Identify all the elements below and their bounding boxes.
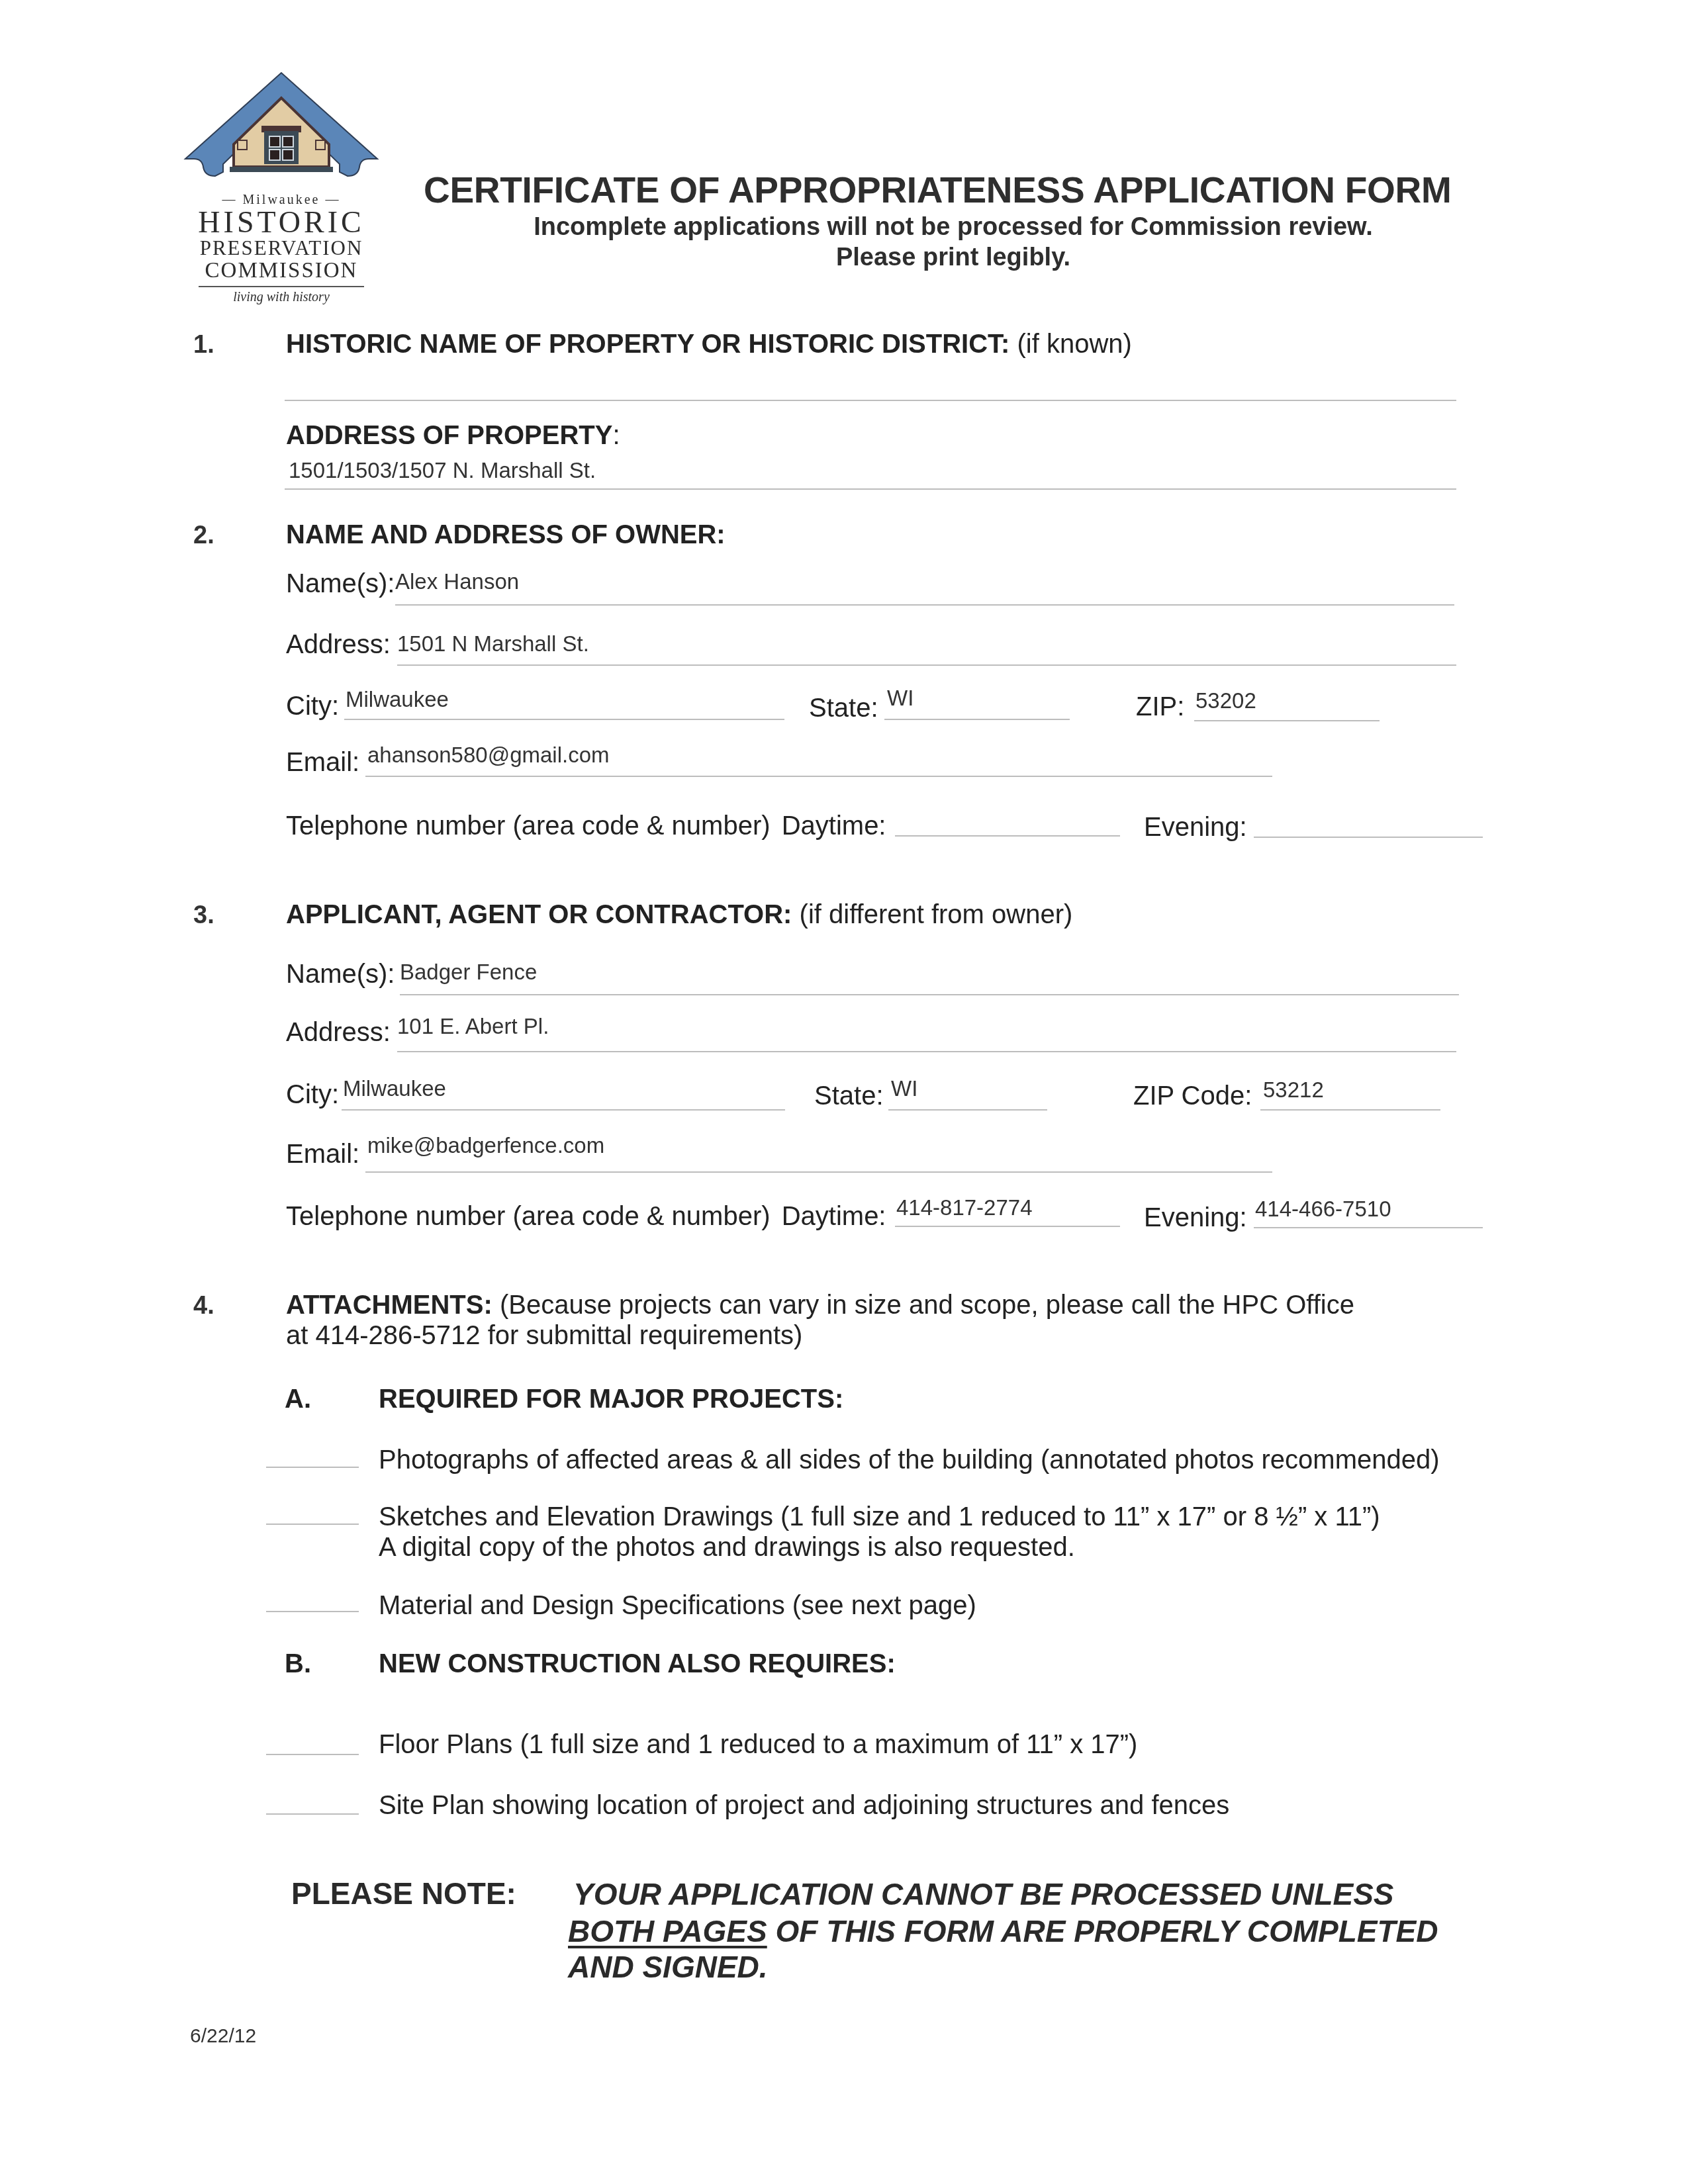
owner-zip-field[interactable] bbox=[1194, 720, 1380, 721]
applicant-zip-label: ZIP Code: bbox=[1133, 1081, 1252, 1111]
applicant-address-label: Address: bbox=[286, 1018, 391, 1048]
group-b-letter: B. bbox=[285, 1649, 311, 1679]
logo-tagline: living with history bbox=[182, 290, 381, 305]
property-address-field[interactable] bbox=[285, 488, 1456, 490]
both-pages-emphasis: BOTH PAGES bbox=[568, 1914, 767, 1948]
attachment-floor-plans: Floor Plans (1 full size and 1 reduced t… bbox=[379, 1730, 1137, 1760]
applicant-state-field[interactable] bbox=[888, 1109, 1047, 1111]
applicant-city-label: City: bbox=[286, 1080, 339, 1110]
applicant-name-field[interactable] bbox=[400, 994, 1459, 995]
logo-line1: HISTORIC bbox=[182, 208, 381, 237]
applicant-state-value[interactable]: WI bbox=[891, 1076, 917, 1101]
section-4-heading: ATTACHMENTS: bbox=[286, 1291, 492, 1320]
logo-line3: COMMISSION bbox=[182, 259, 381, 282]
owner-name-field[interactable] bbox=[395, 604, 1454, 606]
applicant-evening-label: Evening: bbox=[1144, 1203, 1247, 1233]
owner-evening-label: Evening: bbox=[1144, 813, 1247, 842]
checkbox-floor-plans[interactable] bbox=[266, 1754, 359, 1755]
owner-daytime-field[interactable] bbox=[895, 835, 1120, 837]
section-4-note-line1: (Because projects can vary in size and s… bbox=[500, 1291, 1354, 1320]
attachment-sketches-digital-note: A digital copy of the photos and drawing… bbox=[379, 1533, 1075, 1563]
attachment-sketches: Sketches and Elevation Drawings (1 full … bbox=[379, 1502, 1380, 1532]
owner-address-value[interactable]: 1501 N Marshall St. bbox=[397, 631, 589, 657]
applicant-daytime-field[interactable] bbox=[895, 1226, 1120, 1227]
owner-city-field[interactable] bbox=[344, 719, 784, 720]
historic-name-field[interactable] bbox=[285, 400, 1456, 401]
form-subtitle-print: Please print legibly. bbox=[410, 244, 1496, 272]
attachment-site-plan: Site Plan showing location of project an… bbox=[379, 1791, 1229, 1821]
section-4-number: 4. bbox=[193, 1292, 214, 1320]
notice-line3: AND SIGNED. bbox=[568, 1948, 768, 1985]
checkbox-sketches[interactable] bbox=[266, 1524, 359, 1525]
revision-date: 6/22/12 bbox=[190, 2025, 256, 2048]
section-2-heading: NAME AND ADDRESS OF OWNER: bbox=[286, 520, 726, 550]
property-address-value[interactable]: 1501/1503/1507 N. Marshall St. bbox=[289, 458, 596, 483]
owner-daytime-label: Daytime: bbox=[782, 811, 886, 841]
applicant-name-label: Name(s): bbox=[286, 960, 395, 989]
applicant-address-value[interactable]: 101 E. Abert Pl. bbox=[397, 1014, 549, 1039]
owner-name-label: Name(s): bbox=[286, 569, 395, 599]
section-1-heading: HISTORIC NAME OF PROPERTY OR HISTORIC DI… bbox=[286, 330, 1009, 359]
group-a-letter: A. bbox=[285, 1385, 311, 1414]
notice-line1: YOUR APPLICATION CANNOT BE PROCESSED UNL… bbox=[573, 1876, 1394, 1913]
owner-city-value[interactable]: Milwaukee bbox=[346, 687, 449, 712]
group-a-heading: REQUIRED FOR MAJOR PROJECTS: bbox=[379, 1385, 843, 1414]
applicant-name-value[interactable]: Badger Fence bbox=[400, 960, 537, 985]
house-gable-icon bbox=[182, 66, 381, 185]
applicant-city-value[interactable]: Milwaukee bbox=[343, 1076, 446, 1101]
applicant-city-field[interactable] bbox=[342, 1109, 785, 1111]
owner-address-label: Address: bbox=[286, 630, 391, 660]
applicant-daytime-value[interactable]: 414-817-2774 bbox=[896, 1195, 1033, 1220]
section-4-note-line2: at 414-286-5712 for submittal requiremen… bbox=[286, 1321, 802, 1351]
applicant-zip-value[interactable]: 53212 bbox=[1263, 1077, 1324, 1103]
address-of-property-heading: ADDRESS OF PROPERTY: bbox=[286, 421, 620, 451]
section-3-number: 3. bbox=[193, 901, 214, 930]
attachment-material-specs: Material and Design Specifications (see … bbox=[379, 1591, 976, 1621]
checkbox-material-specs[interactable] bbox=[266, 1611, 359, 1612]
attachment-photographs: Photographs of affected areas & all side… bbox=[379, 1445, 1440, 1475]
owner-city-label: City: bbox=[286, 692, 339, 721]
owner-evening-field[interactable] bbox=[1254, 837, 1483, 838]
group-b-heading: NEW CONSTRUCTION ALSO REQUIRES: bbox=[379, 1649, 896, 1679]
owner-state-value[interactable]: WI bbox=[887, 686, 914, 711]
applicant-address-field[interactable] bbox=[397, 1051, 1456, 1052]
owner-name-value[interactable]: Alex Hanson bbox=[395, 569, 519, 594]
owner-zip-value[interactable]: 53202 bbox=[1196, 688, 1256, 713]
owner-phone-label: Telephone number (area code & number) bbox=[286, 811, 771, 841]
section-1-note: (if known) bbox=[1017, 330, 1132, 359]
form-title: CERTIFICATE OF APPROPRIATENESS APPLICATI… bbox=[424, 169, 1451, 211]
applicant-evening-value[interactable]: 414-466-7510 bbox=[1255, 1197, 1391, 1222]
owner-email-field[interactable] bbox=[365, 776, 1272, 777]
applicant-state-label: State: bbox=[814, 1081, 884, 1111]
checkbox-site-plan[interactable] bbox=[266, 1813, 359, 1815]
applicant-evening-field[interactable] bbox=[1254, 1227, 1483, 1228]
section-3-note: (if different from owner) bbox=[800, 900, 1073, 929]
owner-state-field[interactable] bbox=[884, 719, 1070, 720]
owner-address-field[interactable] bbox=[397, 664, 1456, 666]
applicant-email-label: Email: bbox=[286, 1140, 359, 1169]
logo-line2: PRESERVATION bbox=[182, 237, 381, 259]
logo-divider bbox=[199, 286, 364, 287]
applicant-zip-field[interactable] bbox=[1260, 1109, 1440, 1111]
owner-email-label: Email: bbox=[286, 748, 359, 778]
owner-zip-label: ZIP: bbox=[1136, 692, 1184, 722]
notice-line2: BOTH PAGES OF THIS FORM ARE PROPERLY COM… bbox=[568, 1913, 1438, 1950]
checkbox-photographs[interactable] bbox=[266, 1467, 359, 1468]
section-1-number: 1. bbox=[193, 331, 214, 359]
owner-email-value[interactable]: ahanson580@gmail.com bbox=[367, 743, 610, 768]
please-note-label: PLEASE NOTE: bbox=[291, 1876, 516, 1911]
section-3-heading: APPLICANT, AGENT OR CONTRACTOR: bbox=[286, 900, 792, 929]
hpc-logo: — Milwaukee — HISTORIC PRESERVATION COMM… bbox=[182, 66, 381, 305]
applicant-email-value[interactable]: mike@badgerfence.com bbox=[367, 1133, 604, 1158]
section-2-number: 2. bbox=[193, 522, 214, 550]
applicant-daytime-label: Daytime: bbox=[782, 1202, 886, 1231]
applicant-phone-label: Telephone number (area code & number) bbox=[286, 1202, 771, 1231]
form-subtitle-incomplete: Incomplete applications will not be proc… bbox=[410, 213, 1496, 242]
owner-state-label: State: bbox=[809, 694, 878, 723]
applicant-email-field[interactable] bbox=[365, 1171, 1272, 1173]
